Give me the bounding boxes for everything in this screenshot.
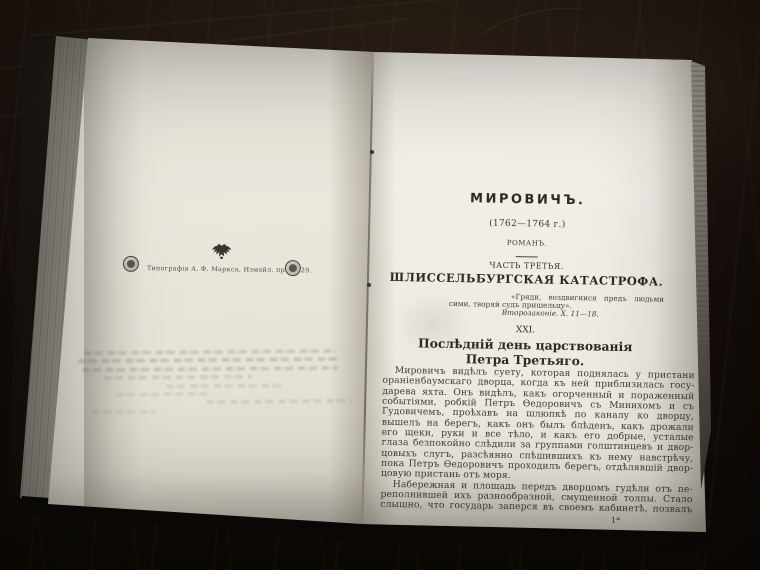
photo-of-open-book: Типографія А. Ф. Маркса, Измайл. пр., № … bbox=[0, 0, 760, 570]
divider-rule bbox=[516, 256, 538, 257]
ink-bleedthrough bbox=[78, 349, 347, 418]
medal-seal-icon bbox=[285, 260, 301, 276]
part-title: ШЛИССЕЛЬБУРГСКАЯ КАТАСТРОФА. bbox=[384, 270, 668, 289]
book-years: (1762—1764 г.) bbox=[385, 217, 669, 232]
epigraph: «Гряди, воздвигнися предъ людьми сими, т… bbox=[449, 292, 664, 320]
printer-imprint: Типографія А. Ф. Маркса, Измайл. пр., № … bbox=[115, 241, 307, 280]
right-page-text: МИРОВИЧЪ. (1762—1764 г.) РОМАНЪ. ЧАСТЬ Т… bbox=[380, 60, 700, 540]
body-text: Мировичъ видѣлъ суету, которая поднялась… bbox=[380, 366, 694, 516]
medal-seal-icon bbox=[123, 256, 139, 272]
binding-stitch-dot bbox=[367, 283, 371, 287]
binding-stitch-dot bbox=[370, 150, 374, 154]
imprint-text: Типографія А. Ф. Маркса, Измайл. пр., № … bbox=[147, 264, 297, 274]
book-genre: РОМАНЪ. bbox=[385, 237, 669, 250]
double-headed-eagle-icon bbox=[211, 242, 232, 260]
book-title: МИРОВИЧЪ. bbox=[386, 190, 670, 210]
